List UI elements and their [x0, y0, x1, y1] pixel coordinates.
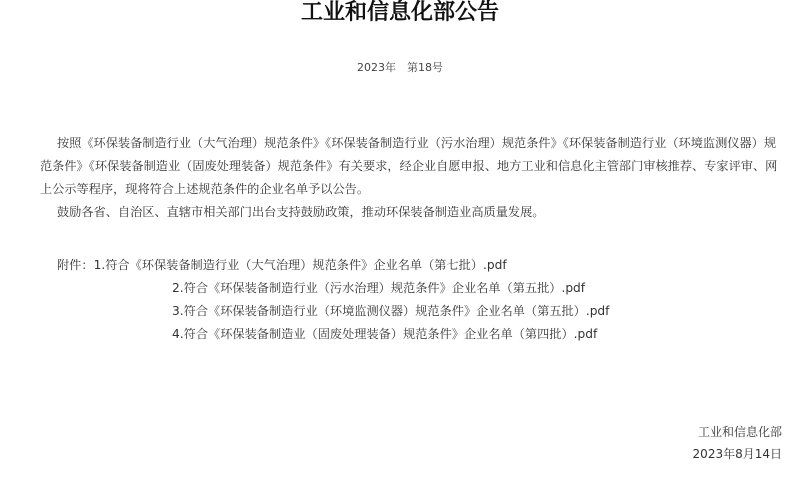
document-number: 2023年 第18号 — [0, 61, 800, 75]
attachment-link-4[interactable]: 4.符合《环保装备制造业（固废处理装备）规范条件》企业名单（第四批）.pdf — [172, 327, 597, 341]
attachment-row-2: 2.符合《环保装备制造行业（污水治理）规范条件》企业名单（第五批）.pdf — [172, 277, 585, 300]
attachment-link-1[interactable]: 1.符合《环保装备制造行业（大气治理）规范条件》企业名单（第七批）.pdf — [94, 258, 507, 272]
body-paragraph-1: 按照《环保装备制造行业（大气治理）规范条件》《环保装备制造行业（污水治理）规范条… — [40, 132, 780, 201]
attachment-row-4: 4.符合《环保装备制造业（固废处理装备）规范条件》企业名单（第四批）.pdf — [172, 323, 597, 346]
body-paragraph-2: 鼓励各省、自治区、直辖市相关部门出台支持鼓励政策，推动环保装备制造业高质量发展。 — [40, 201, 780, 224]
attachment-row-1: 附件：1.符合《环保装备制造行业（大气治理）规范条件》企业名单（第七批）.pdf — [57, 254, 507, 277]
attachments-label: 附件： — [57, 258, 94, 272]
announcement-title: 工业和信息化部公告 — [0, 0, 800, 26]
attachment-row-3: 3.符合《环保装备制造行业（环境监测仪器）规范条件》企业名单（第五批）.pdf — [172, 300, 609, 323]
signature-date: 2023年8月14日 — [693, 446, 782, 462]
attachment-link-3[interactable]: 3.符合《环保装备制造行业（环境监测仪器）规范条件》企业名单（第五批）.pdf — [172, 304, 609, 318]
signature-organization: 工业和信息化部 — [698, 424, 782, 440]
attachment-link-2[interactable]: 2.符合《环保装备制造行业（污水治理）规范条件》企业名单（第五批）.pdf — [172, 281, 585, 295]
